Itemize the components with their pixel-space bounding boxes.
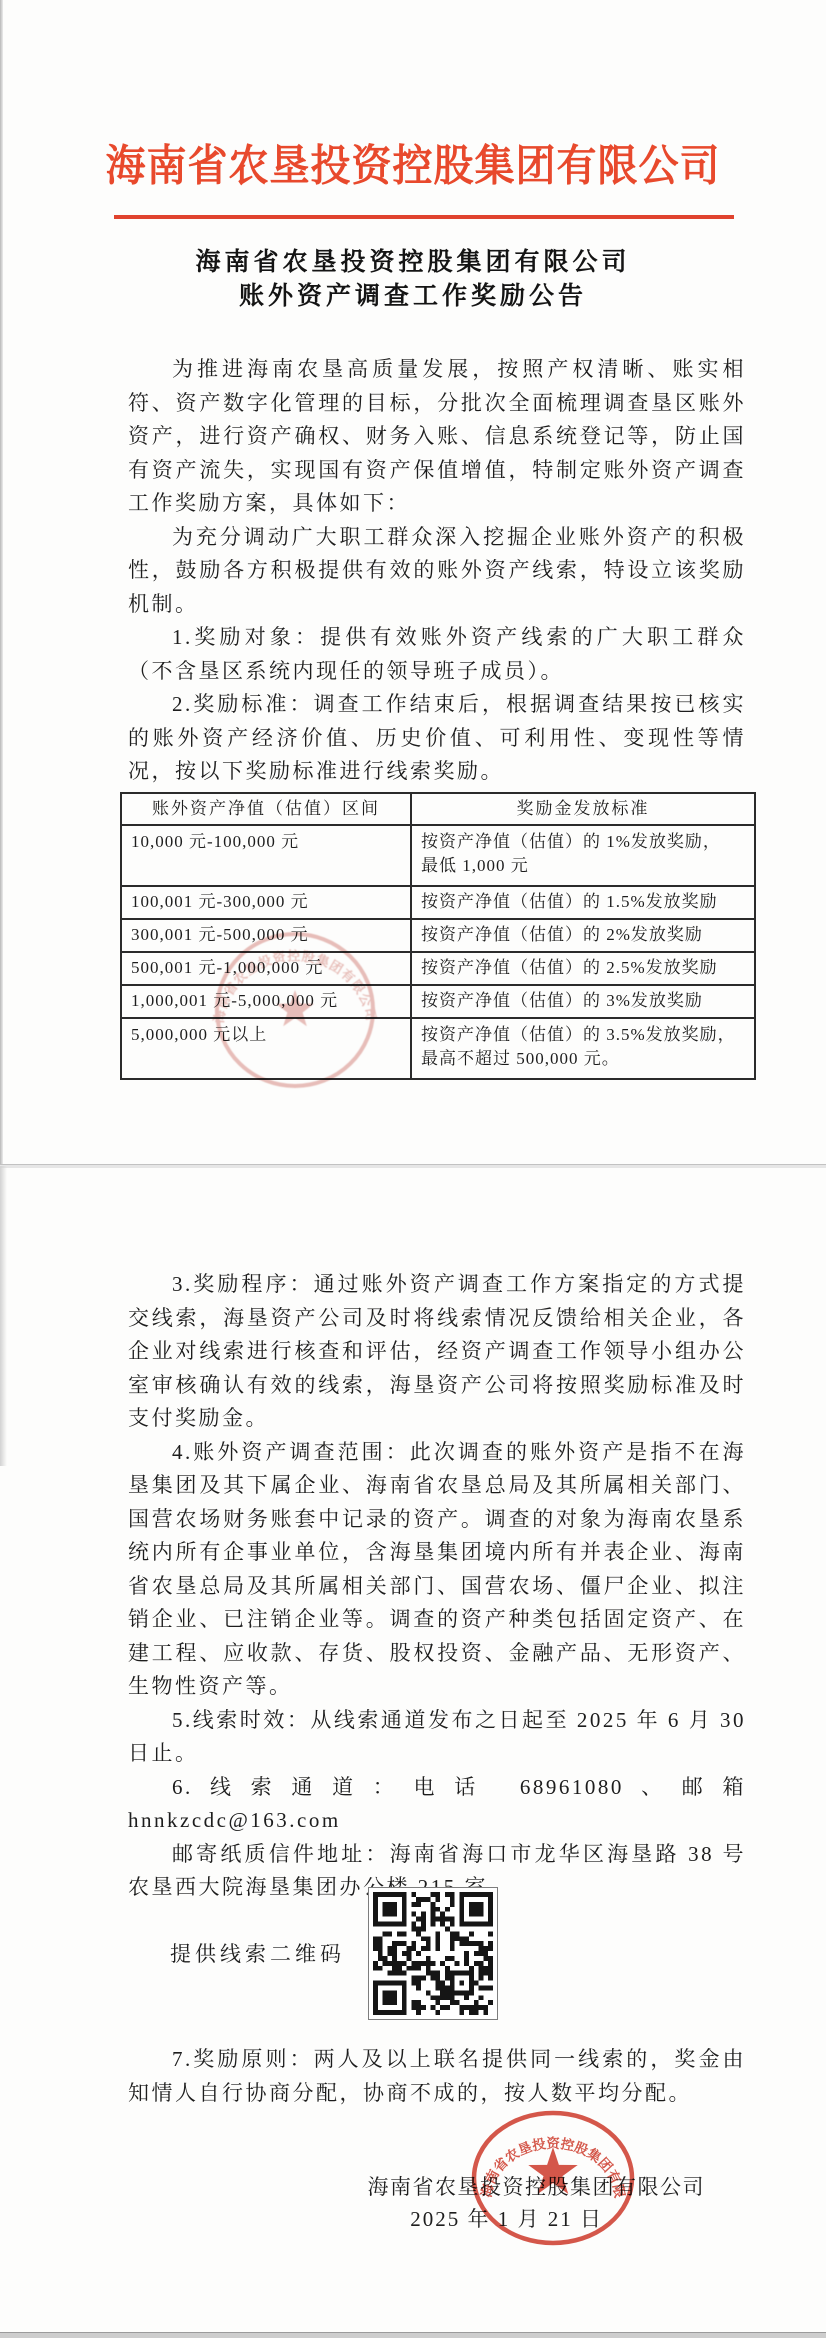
table-header-standard: 奖励金发放标准 — [411, 793, 755, 825]
scanned-document-page: { "colors": { "accent_red": "#e8492c", "… — [0, 0, 826, 2338]
paragraph-clue-channel: 6.线索通道：电话 68961080、邮箱 hnnkzcdc@163.com — [128, 1771, 746, 1838]
paragraph-purpose: 为充分调动广大职工群众深入挖掘企业账外资产的积极性，鼓励各方积极提供有效的账外资… — [128, 521, 746, 622]
standard-cell: 按资产净值（估值）的 2.5%发放奖励 — [411, 952, 755, 985]
qr-code-pattern — [373, 1892, 493, 2015]
standard-cell: 按资产净值（估值）的 1.5%发放奖励 — [411, 886, 755, 919]
letterhead-title: 海南省农垦投资控股集团有限公司 — [0, 132, 826, 194]
paragraph-survey-scope: 4.账外资产调查范围：此次调查的账外资产是指不在海垦集团及其下属企业、海南省农垦… — [128, 1436, 746, 1704]
body-page2: 3.奖励程序：通过账外资产调查工作方案指定的方式提交线索，海垦资产公司及时将线索… — [128, 1268, 746, 1905]
standard-cell: 按资产净值（估值）的 3.5%发放奖励， 最高不超过 500,000 元。 — [411, 1018, 755, 1079]
range-cell: 100,001 元-300,000 元 — [121, 886, 411, 919]
official-seal-icon: 海南省农垦投资控股集团有限公司 — [468, 2105, 638, 2255]
qr-code-image — [368, 1887, 498, 2020]
table-row: 10,000 元-100,000 元按资产净值（估值）的 1%发放奖励， 最低 … — [121, 825, 755, 886]
table-header-row: 账外资产净值（估值）区间 奖励金发放标准 — [121, 793, 755, 825]
document-title: 海南省农垦投资控股集团有限公司 账外资产调查工作奖励公告 — [0, 246, 826, 314]
document-title-line2: 账外资产调查工作奖励公告 — [0, 280, 826, 314]
faint-stamp-icon: 海南省农垦投资控股集团有限公司 — [210, 928, 380, 1092]
qr-code-label: 提供线索二维码 — [170, 1938, 345, 1968]
seal-star-icon — [528, 2147, 577, 2194]
stamp-star-icon — [276, 990, 314, 1026]
table-row: 100,001 元-300,000 元按资产净值（估值）的 1.5%发放奖励 — [121, 886, 755, 919]
paragraph-intro: 为推进海南农垦高质量发展，按照产权清晰、账实相符、资产数字化管理的目标，分批次全… — [128, 353, 746, 521]
scan-edge-bottom — [0, 2332, 826, 2338]
standard-cell: 按资产净值（估值）的 3%发放奖励 — [411, 985, 755, 1018]
table-header-range: 账外资产净值（估值）区间 — [121, 793, 411, 825]
body-principle: 7.奖励原则：两人及以上联名提供同一线索的，奖金由知情人自行协商分配，协商不成的… — [128, 2043, 746, 2110]
scan-edge-left-page2 — [0, 1166, 7, 1466]
paragraph-reward-procedure: 3.奖励程序：通过账外资产调查工作方案指定的方式提交线索，海垦资产公司及时将线索… — [128, 1268, 746, 1436]
paragraph-reward-standard: 2.奖励标准：调查工作结束后，根据调查结果按已核实的账外资产经济价值、历史价值、… — [128, 688, 746, 789]
range-cell: 10,000 元-100,000 元 — [121, 825, 411, 886]
standard-cell: 按资产净值（估值）的 1%发放奖励， 最低 1,000 元 — [411, 825, 755, 886]
letterhead-rule — [114, 215, 734, 219]
standard-cell: 按资产净值（估值）的 2%发放奖励 — [411, 919, 755, 952]
paragraph-clue-deadline: 5.线索时效：从线索通道发布之日起至 2025 年 6 月 30 日止。 — [128, 1704, 746, 1771]
page-break-seam — [0, 1164, 826, 1168]
document-title-line1: 海南省农垦投资控股集团有限公司 — [0, 246, 826, 280]
paragraph-reward-target: 1.奖励对象：提供有效账外资产线索的广大职工群众（不含垦区系统内现任的领导班子成… — [128, 621, 746, 688]
paragraph-reward-principle: 7.奖励原则：两人及以上联名提供同一线索的，奖金由知情人自行协商分配，协商不成的… — [128, 2043, 746, 2110]
